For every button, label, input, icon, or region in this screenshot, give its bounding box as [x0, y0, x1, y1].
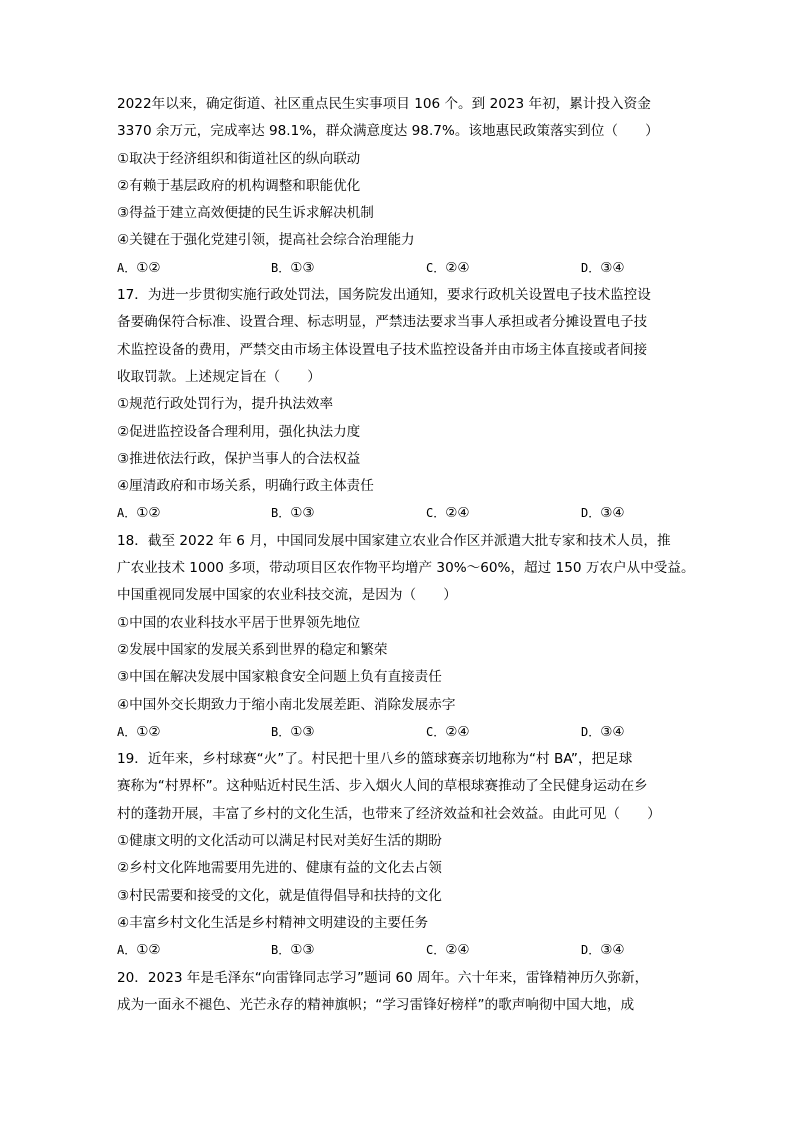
statement-2: ②有赖于基层政府的机构调整和职能优化	[117, 173, 683, 200]
option-a: A．①②	[117, 255, 161, 282]
option-a: A．①②	[117, 937, 161, 964]
question-stem-line: 18．截至 2022 年 6 月，中国同发展中国家建立农业合作区并派遣大批专家和…	[117, 528, 683, 555]
question-stem-line: 广农业技术 1000 多项，带动项目区农作物平均增产 30%～60%，超过 15…	[117, 555, 683, 582]
question-stem-line: 赛称为“村界杯”。这种贴近村民生活、步入烟火人间的草根球赛推动了全民健身运动在乡	[117, 773, 683, 800]
option-c: C．②④	[426, 500, 470, 527]
question-stem-line: 术监控设备的费用，严禁交由市场主体设置电子技术监控设备并由市场主体直接或者间接	[117, 337, 683, 364]
statement-2: ②发展中国家的发展关系到世界的稳定和繁荣	[117, 637, 683, 664]
statement-4: ④中国外交长期致力于缩小南北发展差距、消除发展赤字	[117, 692, 683, 719]
question-stem-line: 备要确保符合标准、设置合理、标志明显，严禁违法要求当事人承担或者分摊设置电子技	[117, 309, 683, 336]
option-c: C．②④	[426, 937, 470, 964]
statement-2: ②乡村文化阵地需要用先进的、健康有益的文化去占领	[117, 855, 683, 882]
statement-4: ④丰富乡村文化生活是乡村精神文明建设的主要任务	[117, 910, 683, 937]
option-a: A．①②	[117, 500, 161, 527]
answer-options: A．①② B．①③ C．②④ D．③④	[117, 937, 683, 964]
question-stem-line: 2022年以来，确定街道、社区重点民生实事项目 106 个。到 2023 年初，…	[117, 91, 683, 118]
answer-options: A．①② B．①③ C．②④ D．③④	[117, 719, 683, 746]
statement-3: ③推进依法行政，保护当事人的合法权益	[117, 446, 683, 473]
exam-page: 2022年以来，确定街道、社区重点民生实事项目 106 个。到 2023 年初，…	[117, 91, 683, 1019]
answer-options: A．①② B．①③ C．②④ D．③④	[117, 255, 683, 282]
option-d: D．③④	[581, 937, 625, 964]
statement-1: ①中国的农业科技水平居于世界领先地位	[117, 610, 683, 637]
question-stem-line: 3370 余万元，完成率达 98.1%，群众满意度达 98.7%。该地惠民政策落…	[117, 118, 683, 145]
answer-options: A．①② B．①③ C．②④ D．③④	[117, 500, 683, 527]
statement-3: ③村民需要和接受的文化，就是值得倡导和扶持的文化	[117, 883, 683, 910]
option-c: C．②④	[426, 719, 470, 746]
question-stem-line: 收取罚款。上述规定旨在（ ）	[117, 364, 683, 391]
option-b: B．①③	[271, 937, 315, 964]
question-stem-line: 17．为进一步贯彻实施行政处罚法，国务院发出通知，要求行政机关设置电子技术监控设	[117, 282, 683, 309]
statement-1: ①取决于经济组织和街道社区的纵向联动	[117, 146, 683, 173]
question-stem-line: 村的蓬勃开展，丰富了乡村的文化生活，也带来了经济效益和社会效益。由此可见（ ）	[117, 801, 683, 828]
question-16: 2022年以来，确定街道、社区重点民生实事项目 106 个。到 2023 年初，…	[117, 91, 683, 282]
option-a: A．①②	[117, 719, 161, 746]
option-b: B．①③	[271, 500, 315, 527]
statement-2: ②促进监控设备合理利用，强化执法力度	[117, 419, 683, 446]
question-20: 20．2023 年是毛泽东“向雷锋同志学习”题词 60 周年。六十年来，雷锋精神…	[117, 965, 683, 1020]
question-stem-line: 成为一面永不褪色、光芒永存的精神旗帜；“学习雷锋好榜样”的歌声响彻中国大地，成	[117, 992, 683, 1019]
statement-3: ③中国在解决发展中国家粮食安全问题上负有直接责任	[117, 664, 683, 691]
statement-3: ③得益于建立高效便捷的民生诉求解决机制	[117, 200, 683, 227]
question-stem-line: 19．近年来，乡村球赛“火”了。村民把十里八乡的篮球赛亲切地称为“村 BA”，把…	[117, 746, 683, 773]
statement-1: ①健康文明的文化活动可以满足村民对美好生活的期盼	[117, 828, 683, 855]
question-stem-line: 中国重视同发展中国家的农业科技交流，是因为（ ）	[117, 582, 683, 609]
question-stem-line: 20．2023 年是毛泽东“向雷锋同志学习”题词 60 周年。六十年来，雷锋精神…	[117, 965, 683, 992]
option-c: C．②④	[426, 255, 470, 282]
statement-4: ④厘清政府和市场关系，明确行政主体责任	[117, 473, 683, 500]
option-b: B．①③	[271, 255, 315, 282]
option-d: D．③④	[581, 500, 625, 527]
option-d: D．③④	[581, 719, 625, 746]
question-17: 17．为进一步贯彻实施行政处罚法，国务院发出通知，要求行政机关设置电子技术监控设…	[117, 282, 683, 528]
question-18: 18．截至 2022 年 6 月，中国同发展中国家建立农业合作区并派遣大批专家和…	[117, 528, 683, 746]
option-d: D．③④	[581, 255, 625, 282]
option-b: B．①③	[271, 719, 315, 746]
question-19: 19．近年来，乡村球赛“火”了。村民把十里八乡的篮球赛亲切地称为“村 BA”，把…	[117, 746, 683, 964]
statement-4: ④关键在于强化党建引领，提高社会综合治理能力	[117, 227, 683, 254]
statement-1: ①规范行政处罚行为，提升执法效率	[117, 391, 683, 418]
